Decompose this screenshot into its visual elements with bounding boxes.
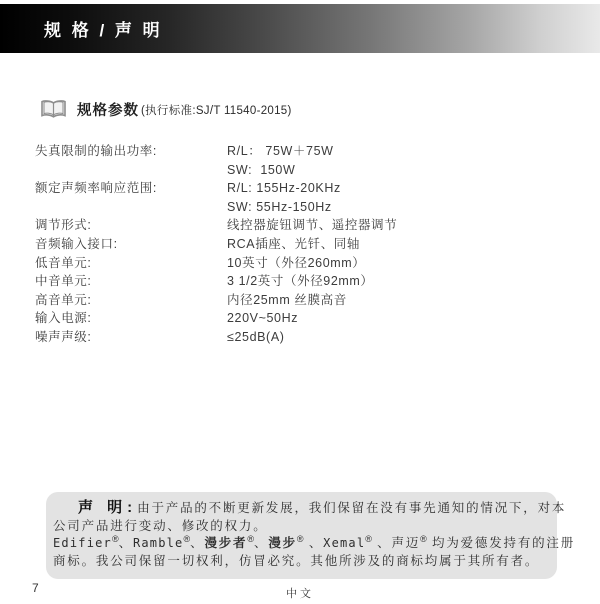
- brand-edifier: Edifier: [53, 536, 112, 550]
- spec-values: 10英寸（外径260mm）: [227, 254, 365, 273]
- separator: 、: [119, 536, 133, 550]
- spec-value-line: SW: 150W: [227, 161, 334, 180]
- spec-label: 高音单元:: [35, 291, 227, 310]
- spec-values: R/L: 155Hz-20KHz SW: 55Hz-150Hz: [227, 179, 341, 216]
- brand-xemal: Xemal: [323, 536, 365, 550]
- page-title: 规 格 / 声 明: [0, 16, 163, 41]
- spec-standard: (执行标准:SJ/T 11540-2015): [141, 102, 292, 118]
- spec-row-output-power: 失真限制的输出功率: R/L： 75W＋75W SW: 150W: [35, 142, 397, 179]
- spec-table: 失真限制的输出功率: R/L： 75W＋75W SW: 150W 额定声频率响应…: [35, 142, 397, 347]
- separator: 、: [190, 536, 204, 550]
- open-book-icon: [40, 99, 67, 120]
- registered-mark: ®: [420, 534, 427, 544]
- spec-value-line: 内径25mm 丝膜高音: [227, 291, 347, 310]
- spec-value-line: ≤25dB(A): [227, 328, 285, 347]
- trademark-tail: 均为爱德发持有的注册: [432, 536, 575, 550]
- spec-values: R/L： 75W＋75W SW: 150W: [227, 142, 334, 179]
- registered-mark: ®: [297, 534, 304, 544]
- spec-row-audio-input: 音频输入接口: RCA插座、光钎、同轴: [35, 235, 397, 254]
- registered-mark: ®: [365, 534, 372, 544]
- separator: 、: [304, 536, 324, 550]
- declaration-box: 声 明:由于产品的不断更新发展，我们保留在没有事先通知的情况下，对本 公司产品进…: [46, 492, 557, 579]
- spec-value-line: SW: 55Hz-150Hz: [227, 198, 341, 217]
- spec-row-adjustment: 调节形式: 线控器旋钮调节、遥控器调节: [35, 216, 397, 235]
- spec-values: 线控器旋钮调节、遥控器调节: [227, 216, 397, 235]
- registered-mark: ®: [112, 534, 119, 544]
- separator: 、: [372, 536, 392, 550]
- declaration-line-4: 商标。我公司保留一切权利，仿冒必究。其他所涉及的商标均属于其所有者。: [53, 553, 547, 571]
- spec-label: 低音单元:: [35, 254, 227, 273]
- spec-value-line: R/L: 155Hz-20KHz: [227, 179, 341, 198]
- spec-values: 220V~50Hz: [227, 309, 298, 328]
- registered-mark: ®: [247, 534, 254, 544]
- declaration-heading: 声 明:: [78, 499, 137, 516]
- separator: 、: [254, 536, 268, 550]
- spec-value-line: RCA插座、光钎、同轴: [227, 235, 360, 254]
- spec-label: 输入电源:: [35, 309, 227, 328]
- spec-row-noise-level: 噪声声级: ≤25dB(A): [35, 328, 397, 347]
- brand-ramble: Ramble: [133, 536, 184, 550]
- spec-label: 失真限制的输出功率:: [35, 142, 227, 161]
- spec-values: 内径25mm 丝膜高音: [227, 291, 347, 310]
- footer-language: 中文: [0, 585, 600, 601]
- spec-row-woofer: 低音单元: 10英寸（外径260mm）: [35, 254, 397, 273]
- spec-row-frequency-response: 额定声频率响应范围: R/L: 155Hz-20KHz SW: 55Hz-150…: [35, 179, 397, 216]
- spec-value-line: 3 1/2英寸（外径92mm）: [227, 272, 374, 291]
- brand-shengmai: 声迈: [391, 536, 420, 550]
- spec-label: 音频输入接口:: [35, 235, 227, 254]
- spec-values: RCA插座、光钎、同轴: [227, 235, 360, 254]
- spec-value-line: R/L： 75W＋75W: [227, 142, 334, 161]
- spec-label: 额定声频率响应范围:: [35, 179, 227, 198]
- spec-values: ≤25dB(A): [227, 328, 285, 347]
- spec-value-line: 220V~50Hz: [227, 309, 298, 328]
- brand-manbu: 漫步: [268, 536, 297, 550]
- spec-row-midrange: 中音单元: 3 1/2英寸（外径92mm）: [35, 272, 397, 291]
- trademark-line: Edifier®、Ramble®、漫步者®、漫步® 、Xemal® 、声迈® 均…: [53, 535, 547, 553]
- spec-row-tweeter: 高音单元: 内径25mm 丝膜高音: [35, 291, 397, 310]
- declaration-line-2: 公司产品进行变动、修改的权力。: [53, 518, 547, 536]
- spec-section-heading: 规格参数 (执行标准:SJ/T 11540-2015): [40, 99, 292, 120]
- declaration-line-1: 声 明:由于产品的不断更新发展，我们保留在没有事先通知的情况下，对本: [53, 499, 547, 518]
- spec-value-line: 10英寸（外径260mm）: [227, 254, 365, 273]
- spec-label: 中音单元:: [35, 272, 227, 291]
- declaration-text: 由于产品的不断更新发展，我们保留在没有事先通知的情况下，对本: [137, 501, 566, 515]
- spec-label: 噪声声级:: [35, 328, 227, 347]
- spec-label: 调节形式:: [35, 216, 227, 235]
- brand-manbuzhe: 漫步者: [204, 536, 247, 550]
- spec-values: 3 1/2英寸（外径92mm）: [227, 272, 374, 291]
- spec-value-line: 线控器旋钮调节、遥控器调节: [227, 216, 397, 235]
- section-header-bar: 规 格 / 声 明: [0, 4, 600, 53]
- spec-row-power-input: 输入电源: 220V~50Hz: [35, 309, 397, 328]
- spec-title: 规格参数: [77, 99, 139, 120]
